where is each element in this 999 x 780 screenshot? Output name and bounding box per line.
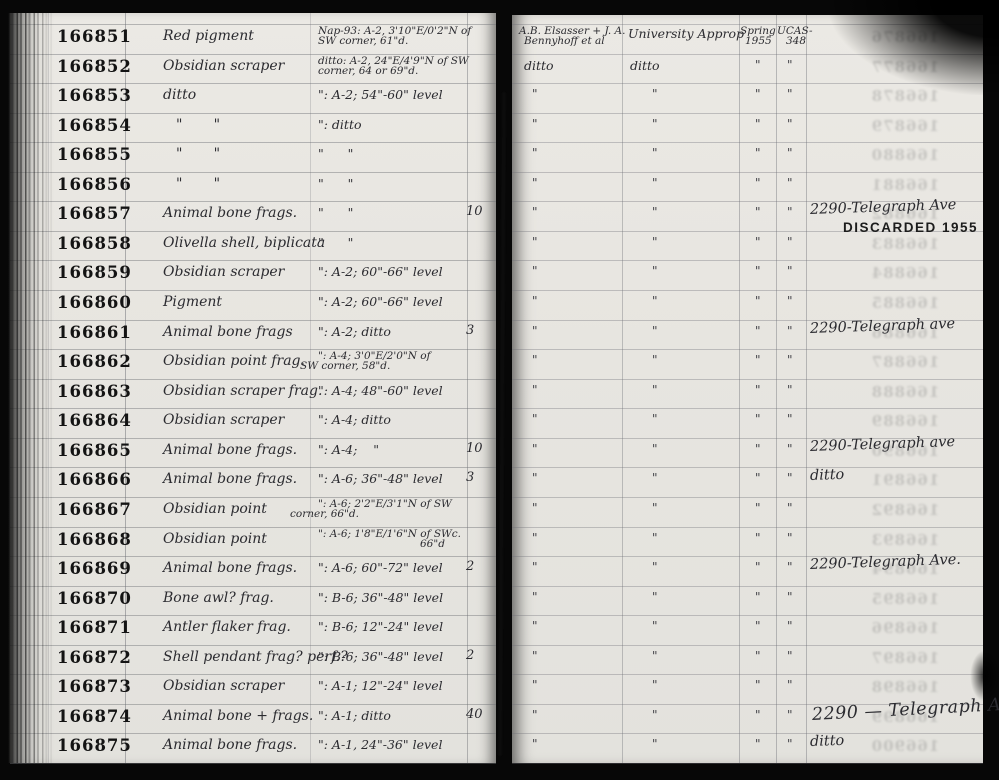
specimen-description: Obsidian point — [163, 502, 267, 517]
collector: ditto — [524, 59, 554, 72]
funding-ditto: " — [652, 591, 658, 604]
catalog-number: 166873 — [57, 678, 132, 695]
date-ditto: " — [755, 502, 761, 515]
accession-ditto: " — [787, 738, 793, 751]
provenience: ": A-4; ditto — [318, 413, 391, 426]
specimen-description: Bone awl? frag. — [163, 591, 274, 606]
date-ditto: " — [755, 118, 761, 131]
remark: 2290-Telegraph ave — [810, 435, 956, 455]
date-ditto: " — [755, 88, 761, 101]
remark: 2290-Telegraph Ave. — [810, 553, 961, 573]
accession-ditto: " — [787, 650, 793, 663]
provenience: ": A-6; 36"-48" level — [318, 472, 443, 485]
provenience: ": A-2; 60"-66" level — [318, 295, 443, 308]
date-ditto: " — [755, 236, 761, 249]
date-ditto: " — [755, 177, 761, 190]
top-right-corner-shadow — [829, 0, 999, 95]
date-ditto: " — [755, 709, 761, 722]
provenience: " " — [318, 206, 353, 219]
catalog-number: 166870 — [57, 590, 132, 607]
provenience: " " — [318, 236, 353, 249]
accession-ditto: " — [787, 679, 793, 692]
provenience-line2: 66"d — [420, 539, 445, 550]
remark: 2290-Telegraph Ave — [810, 198, 957, 218]
remark: ditto — [810, 734, 845, 750]
accession-line2: 348 — [786, 36, 806, 47]
funding-ditto: " — [652, 709, 658, 722]
catalog-number: 166864 — [57, 412, 132, 429]
catalog-number: 166865 — [57, 442, 132, 459]
accession-ditto: " — [787, 59, 793, 72]
accession-ditto: " — [787, 236, 793, 249]
specimen-description: Antler flaker frag. — [163, 620, 291, 635]
funding-ditto: " — [652, 620, 658, 633]
accession-ditto: " — [787, 147, 793, 160]
catalog-number: 166868 — [57, 531, 132, 548]
collector-ditto: " — [532, 88, 538, 101]
specimen-description: Olivella shell, biplicata — [163, 236, 325, 251]
funding-ditto: " — [652, 236, 658, 249]
date-ditto: " — [755, 147, 761, 160]
provenience: " " — [318, 147, 353, 160]
funding-ditto: " — [652, 532, 658, 545]
date-ditto: " — [755, 738, 761, 751]
collector-ditto: " — [532, 384, 538, 397]
catalog-number: 166874 — [57, 708, 132, 725]
catalog-number: 166858 — [57, 235, 132, 252]
accession-ditto: " — [787, 443, 793, 456]
specimen-description: Obsidian scraper — [163, 413, 284, 428]
accession-ditto: " — [787, 561, 793, 574]
collector-ditto: " — [532, 650, 538, 663]
specimen-description: Obsidian scraper — [163, 679, 284, 694]
collector-ditto: " — [532, 738, 538, 751]
funding-source: ditto — [630, 59, 660, 72]
collector-ditto: " — [532, 443, 538, 456]
collector-ditto: " — [532, 265, 538, 278]
date-ditto: " — [755, 472, 761, 485]
specimen-description: " " — [176, 147, 220, 162]
accession-ditto: " — [787, 591, 793, 604]
date-ditto: " — [755, 561, 761, 574]
provenience-line2: corner, 66"d. — [290, 509, 359, 520]
catalog-number: 166862 — [57, 353, 132, 370]
quantity: 10 — [466, 442, 483, 456]
catalog-number: 166853 — [57, 87, 132, 104]
collector-ditto: " — [532, 147, 538, 160]
accession-ditto: " — [787, 177, 793, 190]
accession-ditto: " — [787, 354, 793, 367]
page-edge-stripes — [8, 13, 54, 763]
catalog-number: 166856 — [57, 176, 132, 193]
collector-ditto: " — [532, 236, 538, 249]
funding-ditto: " — [652, 679, 658, 692]
accession-ditto: " — [787, 620, 793, 633]
catalog-number: 166867 — [57, 501, 132, 518]
funding-ditto: " — [652, 354, 658, 367]
right-edge-smudge — [970, 650, 999, 702]
date-ditto: " — [755, 59, 761, 72]
collector-ditto: " — [532, 354, 538, 367]
funding-ditto: " — [652, 413, 658, 426]
date-ditto: " — [755, 620, 761, 633]
provenience-line2: SW corner, 61"d. — [318, 36, 408, 47]
collector-line2: Bennyhoff et al — [524, 36, 605, 47]
funding-ditto: " — [652, 738, 658, 751]
remark: 2290-Telegraph ave — [810, 317, 956, 337]
provenience: ": B-6; 36"-48" level — [318, 591, 443, 604]
specimen-description: Animal bone frags. — [163, 738, 297, 753]
funding-source: University Approp — [628, 27, 744, 40]
quantity: 2 — [466, 560, 474, 574]
date-ditto: " — [755, 295, 761, 308]
funding-ditto: " — [652, 206, 658, 219]
funding-ditto: " — [652, 650, 658, 663]
collector-ditto: " — [532, 591, 538, 604]
specimen-description: Obsidian point — [163, 532, 267, 547]
funding-ditto: " — [652, 384, 658, 397]
specimen-description: Obsidian scraper frag. — [163, 384, 322, 399]
specimen-description: Pigment — [163, 295, 222, 310]
date-ditto: " — [755, 443, 761, 456]
accession-ditto: " — [787, 88, 793, 101]
date-ditto: " — [755, 206, 761, 219]
collector-ditto: " — [532, 206, 538, 219]
funding-ditto: " — [652, 325, 658, 338]
date-ditto: " — [755, 679, 761, 692]
funding-ditto: " — [652, 472, 658, 485]
funding-ditto: " — [652, 561, 658, 574]
discarded-stamp: DISCARDED 1955 — [843, 220, 978, 235]
collector-ditto: " — [532, 325, 538, 338]
catalog-number: 166863 — [57, 383, 132, 400]
provenience: ": ditto — [318, 118, 362, 131]
collector-ditto: " — [532, 502, 538, 515]
funding-ditto: " — [652, 265, 658, 278]
funding-ditto: " — [652, 118, 658, 131]
ledger-scan: 1668761668771668781668791668801668811668… — [0, 0, 999, 780]
collector-ditto: " — [532, 532, 538, 545]
collector-ditto: " — [532, 472, 538, 485]
quantity: 10 — [466, 205, 483, 219]
accession-ditto: " — [787, 502, 793, 515]
accession-ditto: " — [787, 384, 793, 397]
date-ditto: " — [755, 265, 761, 278]
collector-ditto: " — [532, 679, 538, 692]
collector-ditto: " — [532, 413, 538, 426]
provenience: ": B-6; 12"-24" level — [318, 620, 443, 633]
quantity: 40 — [466, 708, 483, 722]
catalog-number: 166859 — [57, 264, 132, 281]
date-line2: 1955 — [745, 36, 772, 47]
quantity: 3 — [466, 324, 474, 338]
provenience-line2: corner, 64 or 69"d. — [318, 66, 418, 77]
quantity: 3 — [466, 471, 474, 485]
accession-ditto: " — [787, 295, 793, 308]
specimen-description: " " — [176, 177, 220, 192]
catalog-number: 166855 — [57, 146, 132, 163]
date-ditto: " — [755, 650, 761, 663]
date-ditto: " — [755, 325, 761, 338]
specimen-description: Animal bone frags — [163, 325, 293, 340]
provenience: ": A-1, 24"-36" level — [318, 738, 442, 751]
specimen-description: Animal bone frags. — [163, 472, 297, 487]
collector-ditto: " — [532, 118, 538, 131]
accession-ditto: " — [787, 265, 793, 278]
funding-ditto: " — [652, 88, 658, 101]
provenience: " " — [318, 177, 353, 190]
date-ditto: " — [755, 354, 761, 367]
collector-ditto: " — [532, 709, 538, 722]
specimen-description: Animal bone frags. — [163, 561, 297, 576]
catalog-number: 166869 — [57, 560, 132, 577]
catalog-number: 166866 — [57, 471, 132, 488]
specimen-description: Animal bone frags. — [163, 206, 297, 221]
collector-ditto: " — [532, 620, 538, 633]
accession-ditto: " — [787, 206, 793, 219]
provenience: ": B-6; 36"-48" level — [318, 650, 443, 663]
provenience: ": A-2; ditto — [318, 325, 391, 338]
date-ditto: " — [755, 384, 761, 397]
date-ditto: " — [755, 591, 761, 604]
specimen-description: " " — [176, 118, 220, 133]
catalog-number: 166851 — [57, 28, 132, 45]
specimen-description: Obsidian scraper — [163, 59, 284, 74]
provenience: ": A-1; ditto — [318, 709, 391, 722]
catalog-number: 166857 — [57, 205, 132, 222]
specimen-description: Red pigment — [163, 29, 254, 44]
collector-ditto: " — [532, 295, 538, 308]
catalog-number: 166860 — [57, 294, 132, 311]
collector-ditto: " — [532, 561, 538, 574]
date-ditto: " — [755, 532, 761, 545]
catalog-number: 166861 — [57, 324, 132, 341]
specimen-description: Animal bone + frags. — [163, 709, 313, 724]
specimen-description: Animal bone frags. — [163, 443, 297, 458]
funding-ditto: " — [652, 295, 658, 308]
specimen-description: ditto — [163, 88, 196, 103]
provenience: ": A-6; 60"-72" level — [318, 561, 443, 574]
provenience: ": A-4; " — [318, 443, 379, 456]
specimen-description: Obsidian point frag. — [163, 354, 305, 369]
funding-ditto: " — [652, 177, 658, 190]
accession-ditto: " — [787, 325, 793, 338]
provenience: ": A-4; 48"-60" level — [318, 384, 443, 397]
date-ditto: " — [755, 413, 761, 426]
remark: ditto — [810, 468, 845, 484]
accession-ditto: " — [787, 709, 793, 722]
accession-ditto: " — [787, 472, 793, 485]
provenience: ": A-2; 54"-60" level — [318, 88, 443, 101]
catalog-number: 166872 — [57, 649, 132, 666]
provenience: ": A-1; 12"-24" level — [318, 679, 443, 692]
catalog-number: 166871 — [57, 619, 132, 636]
catalog-number: 166875 — [57, 737, 132, 754]
accession-ditto: " — [787, 413, 793, 426]
funding-ditto: " — [652, 443, 658, 456]
funding-ditto: " — [652, 147, 658, 160]
accession-ditto: " — [787, 118, 793, 131]
specimen-description: Obsidian scraper — [163, 265, 284, 280]
catalog-number: 166854 — [57, 117, 132, 134]
provenience: ": A-2; 60"-66" level — [318, 265, 443, 278]
quantity: 2 — [466, 649, 474, 663]
accession-ditto: " — [787, 532, 793, 545]
catalog-number: 166852 — [57, 58, 132, 75]
collector-ditto: " — [532, 177, 538, 190]
provenience-line2: SW corner, 58"d. — [300, 361, 390, 372]
funding-ditto: " — [652, 502, 658, 515]
